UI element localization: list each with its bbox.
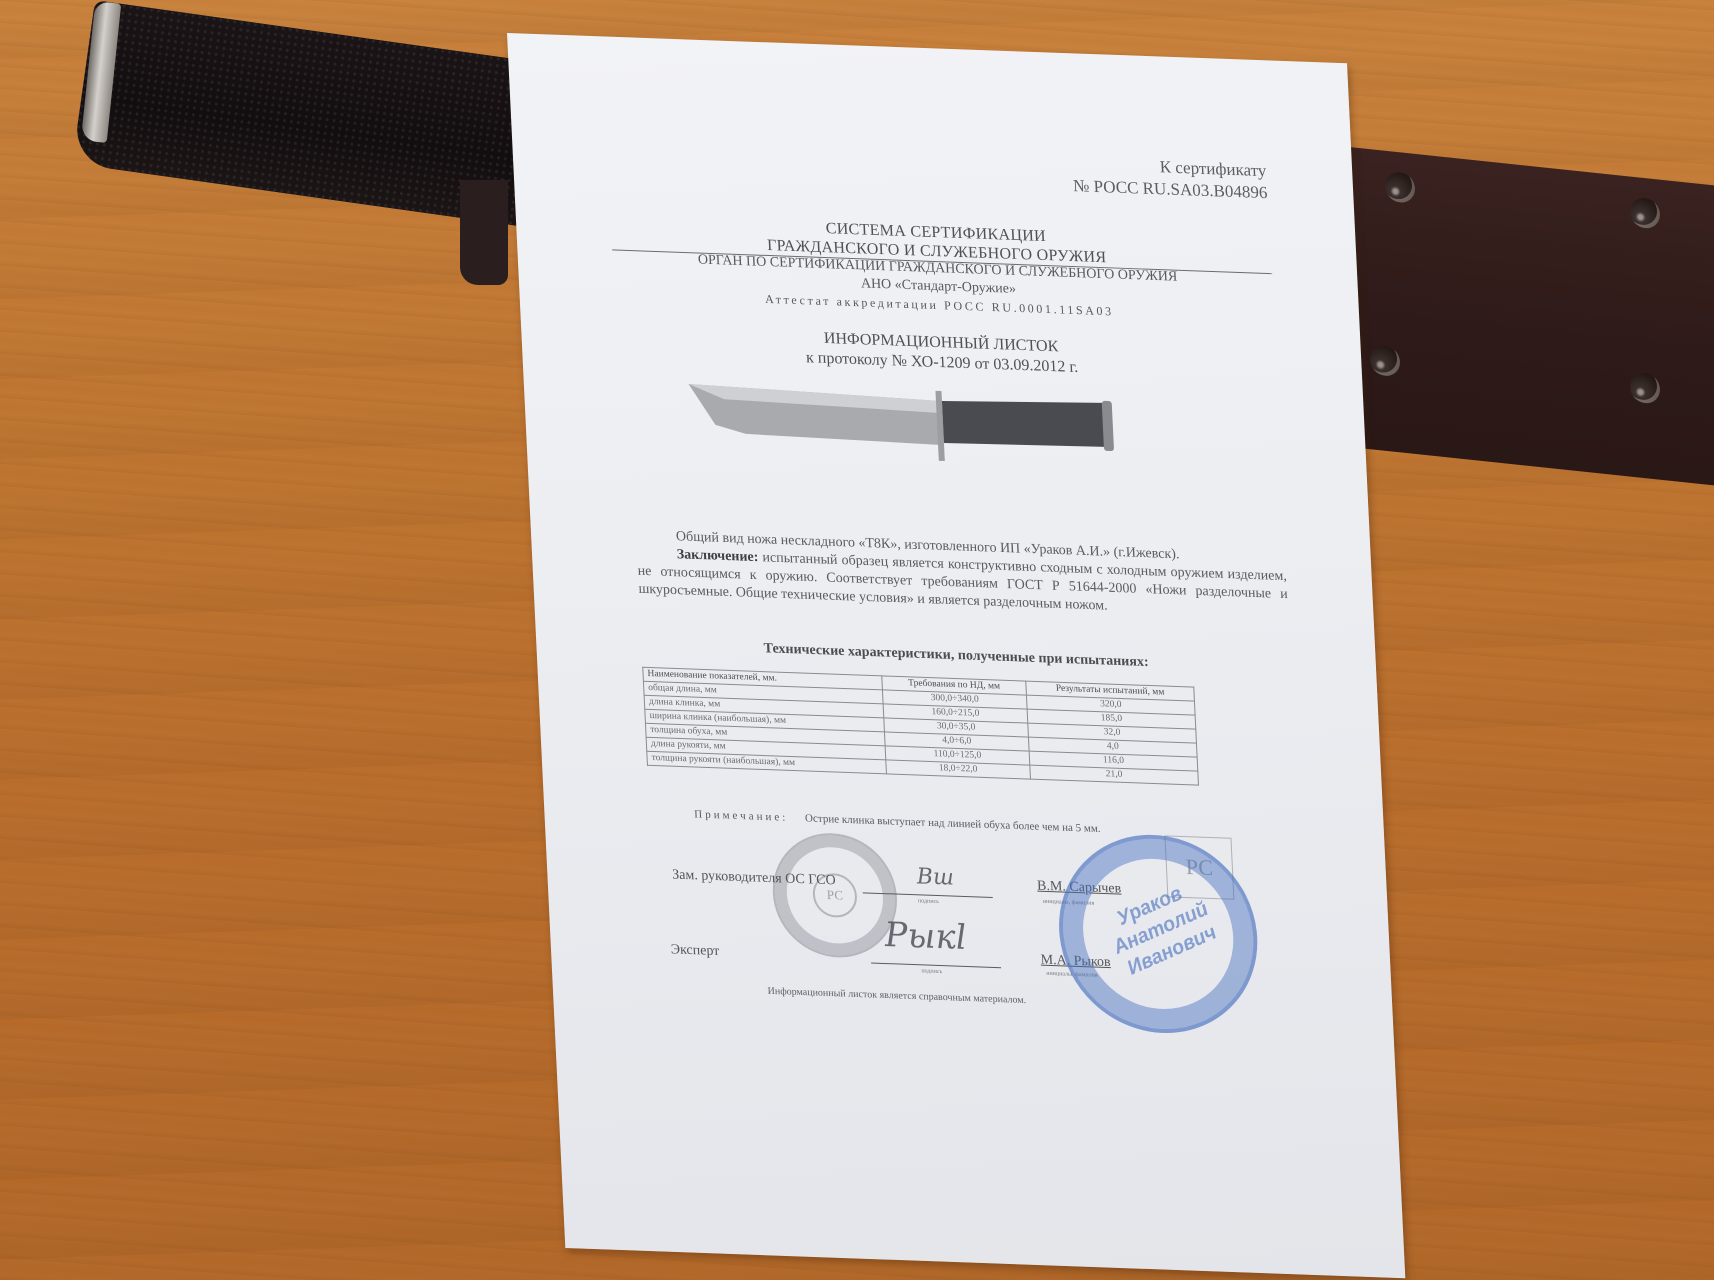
signature-deputy: Вш bbox=[916, 864, 954, 890]
certificate-reference: К сертификату № РОСС RU.SA03.B04896 bbox=[1072, 153, 1268, 204]
organ-stamp: РС bbox=[770, 831, 900, 959]
signer-role-expert: Эксперт bbox=[670, 942, 719, 960]
rivet-icon bbox=[1630, 372, 1660, 405]
footer-note: Информационный листок является справочны… bbox=[767, 986, 1026, 1006]
spec-table: Наименование показателей, мм. Требования… bbox=[642, 667, 1199, 786]
signature-expert: Рыкl bbox=[884, 915, 968, 958]
note: Примечание: Острие клинка выступает над … bbox=[694, 808, 1101, 835]
document-title: ИНФОРМАЦИОННЫЙ ЛИСТОК к протоколу № ХО-1… bbox=[521, 318, 1363, 388]
rivet-icon bbox=[1370, 344, 1400, 377]
signature-line bbox=[871, 963, 1001, 969]
manufacturer-stamp: Ураков Анатолий Иванович bbox=[1024, 804, 1292, 1064]
leather-sheath bbox=[1330, 145, 1714, 489]
knife-photo bbox=[683, 374, 1137, 480]
certificate-sheet: К сертификату № РОСС RU.SA03.B04896 СИСТ… bbox=[507, 33, 1405, 1278]
rivet-icon bbox=[1385, 171, 1415, 204]
rivet-icon bbox=[1630, 197, 1660, 230]
description-text: Общий вид ножа нескладного «Т8К», изгото… bbox=[636, 527, 1289, 622]
knife-guard bbox=[460, 180, 508, 285]
